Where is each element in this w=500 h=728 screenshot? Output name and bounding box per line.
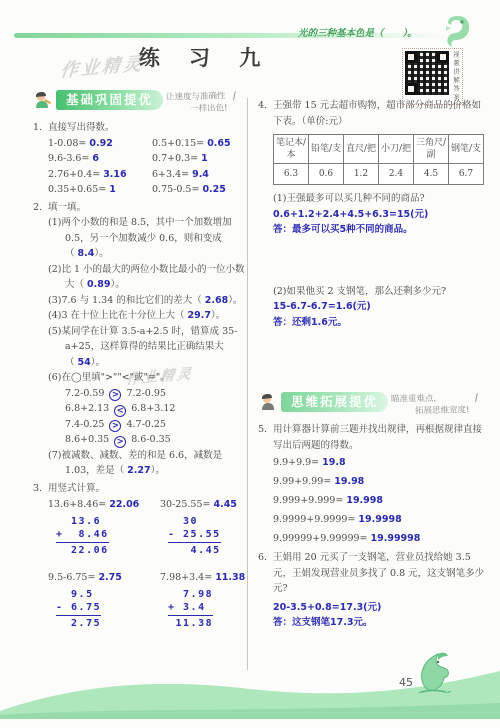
equation: 30-25.55=4.45: [160, 497, 247, 513]
table-header: 钢笔/支: [449, 135, 484, 164]
comparison: 7.4-0.25>4.7-0.25: [48, 417, 247, 433]
equation-text: 7.98+3.4=: [160, 572, 212, 583]
left-column: 基础巩固提优 让速度与准确性 一样出色! 1. 直接写出得数。 1-0.08=0…: [33, 90, 247, 631]
sub-question: (2)如果他买 2 支钢笔，那么还剩多少元?: [273, 284, 488, 300]
equation-text: 30-25.55=: [160, 499, 210, 510]
vertical-calc: 13.6+8.46=22.06 13.6+ 8.46 22.06: [48, 497, 160, 558]
question-number: 6.: [258, 550, 273, 631]
handwritten-answer: 0.65: [207, 138, 230, 149]
handwritten-answer: 11.38: [215, 572, 245, 583]
equation-text: 0.7+0.3=: [152, 153, 198, 164]
section-badge-basic: 基础巩固提优: [56, 90, 163, 110]
calc-bottom: + 3.4: [168, 601, 213, 616]
question-title: 直接写出得数。: [48, 120, 247, 136]
handwritten-answer: 2.75: [98, 572, 121, 583]
question-3: 3. 用竖式计算。 13.6+8.46=22.06 13.6+ 8.46 22.…: [33, 481, 247, 632]
fill-item-title: (6)在◯里填">""<"或"="。: [48, 370, 247, 386]
question-text: 王强带 15 元去超市购物，超市部分商品的价格如下表。（单价:元）: [273, 98, 488, 129]
equation-text: 13.6+8.46=: [48, 499, 106, 510]
handwritten-work: 0.6+1.2+2.4+4.5+6.3=15(元): [273, 207, 488, 223]
comparison-left: 6.8+2.13: [65, 403, 109, 414]
equation-text: 2.76+0.4=: [48, 169, 100, 180]
table-row: 6.3 0.6 1.2 2.4 4.5 6.7: [274, 164, 484, 185]
fill-item: (2)比 1 小的最大的两位小数比最小的一位小数大（0.89）。: [48, 262, 247, 293]
fill-text: (5)某同学在计算 3.5-a+2.5 时，错算成 35-a+25，这样算得的结…: [48, 326, 237, 368]
equation: 1-0.08=0.92: [48, 136, 152, 152]
fill-item: (1)两个小数的和是 8.5，其中一个加数增加 0.5，另一个加数减少 0.6，…: [48, 215, 247, 262]
equation: 9.5-6.75=2.75: [48, 570, 160, 586]
equation-text: 0.75-0.5=: [152, 184, 199, 195]
table-header-row: 笔记本/本 铅笔/支 直尺/把 小刀/把 三角尺/副 钢笔/支: [274, 135, 484, 164]
equation-text: 9.9+9.9=: [273, 457, 319, 468]
equation-text: 9.999+9.999=: [273, 495, 343, 506]
fill-text: ）。: [110, 279, 124, 290]
equation-text: 0.35+0.65=: [48, 184, 106, 195]
calc-result: 22.06: [56, 543, 109, 557]
column-work: 7.98+ 3.4 11.38: [168, 588, 213, 630]
calc-top: 30: [168, 515, 221, 528]
calc-top: 9.5: [56, 588, 101, 601]
equation: 9.9999+9.9999=19.9998: [273, 510, 488, 529]
calc-top: 7.98: [168, 588, 213, 601]
equation: 9.99+9.99=19.98: [273, 472, 488, 491]
table-header: 三角尺/副: [414, 135, 449, 164]
vertical-calc: 7.98+3.4=11.38 7.98+ 3.4 11.38: [160, 570, 247, 631]
student-mascot-icon: [33, 90, 53, 110]
fill-item: (3)7.6 与 1.34 的和比它们的差大（2.68）。: [48, 293, 247, 309]
handwritten-answer: 19.99998: [371, 533, 421, 544]
question-6: 6. 王娟用 20 元买了一支钢笔，营业员找给她 3.5 元，王娟发现营业员多找…: [258, 550, 488, 631]
comparison-right: 6.8+3.12: [131, 403, 175, 414]
handwritten-answer: 19.9998: [358, 514, 401, 525]
handwritten-answer-circle: >: [114, 436, 126, 448]
price-table: 笔记本/本 铅笔/支 直尺/把 小刀/把 三角尺/副 钢笔/支 6.3 0.6 …: [273, 134, 484, 185]
handwritten-answer: 22.06: [109, 499, 139, 510]
handwritten-answer: 1: [201, 153, 208, 164]
calc-bottom: - 25.55: [168, 528, 221, 543]
note-line: 让速度与准确性: [166, 90, 228, 103]
handwritten-answer: 8.4: [78, 248, 95, 259]
note-flourish: [475, 393, 478, 402]
calc-result: 4.45: [168, 543, 221, 557]
vertical-calc: 30-25.55=4.45 30- 25.55 4.45: [160, 497, 247, 558]
workbook-page: 光的三种基本色是（ ）。 练 习 九 视频讲解答案 作业精灵 作业精灵 基础巩固…: [0, 0, 500, 728]
handwritten-answer: 54: [78, 357, 91, 368]
equation-text: 9.99999+9.99999=: [273, 533, 368, 544]
fill-text: ）。: [91, 357, 105, 368]
handwritten-answer: 0.89: [87, 279, 110, 290]
equation: 9.6-3.6=6: [48, 151, 152, 167]
question-number: 1.: [33, 120, 48, 198]
handwritten-answer: 2.27: [127, 465, 150, 476]
question-4: 4. 王强带 15 元去超市购物，超市部分商品的价格如下表。（单价:元） 笔记本…: [258, 98, 488, 392]
handwritten-answer: 0.25: [202, 184, 225, 195]
equation-text: 9.6-3.6=: [48, 153, 89, 164]
comparison-left: 7.4-0.25: [65, 419, 104, 430]
student-mascot-icon: [258, 392, 278, 412]
question-number: 4.: [258, 98, 273, 392]
vertical-calc: 9.5-6.75=2.75 9.5- 6.75 2.75: [48, 570, 160, 631]
section-basic-header: 基础巩固提优 让速度与准确性 一样出色!: [33, 90, 247, 116]
comparison: 6.8+2.13<6.8+3.12: [48, 401, 247, 417]
table-cell: 2.4: [379, 164, 414, 185]
fill-item: (7)被减数、减数、差的和是 6.6，减数是 1.03，差是（2.27）。: [48, 448, 247, 479]
table-header: 笔记本/本: [274, 135, 309, 164]
handwritten-answer: 19.8: [322, 457, 345, 468]
comparison: 7.2-0.59>7.2-0.95: [48, 386, 247, 402]
equation: 9.9+9.9=19.8: [273, 453, 488, 472]
calc-bottom: + 8.46: [56, 528, 109, 543]
section-note: 瞄准重难点， 拓展思维宽度!: [391, 391, 470, 417]
handwritten-answer-line: 答：最多可以买5种不同的商品。: [273, 222, 488, 238]
fill-text: ）。: [228, 295, 242, 306]
equation-text: 9.99+9.99=: [273, 476, 331, 487]
table-cell: 0.6: [309, 164, 344, 185]
sub-question: (1)王强最多可以买几种不同的商品?: [273, 191, 488, 207]
fill-item: (5)某同学在计算 3.5-a+2.5 时，错算成 35-a+25，这样算得的结…: [48, 324, 247, 371]
note-line: 一样出色!: [166, 102, 228, 115]
equation-text: 0.5+0.15=: [152, 138, 204, 149]
note-flourish: [233, 91, 236, 100]
page-number: 45: [399, 675, 413, 691]
section-think-header: 思维拓展提优 瞄准重难点， 拓展思维宽度!: [258, 392, 488, 418]
calc-result: 11.38: [168, 616, 213, 630]
handwritten-answer: 9.4: [192, 169, 209, 180]
equation: 7.98+3.4=11.38: [160, 570, 247, 586]
table-header: 直尺/把: [344, 135, 379, 164]
equation: 0.7+0.3=1: [152, 151, 247, 167]
table-header: 小刀/把: [379, 135, 414, 164]
fill-text: ）。: [94, 248, 108, 259]
equation: 13.6+8.46=22.06: [48, 497, 160, 513]
handwritten-answer: 19.98: [334, 476, 364, 487]
handwritten-answer-line: 答：这支钢笔17.3元。: [273, 615, 488, 631]
calc-bottom: - 6.75: [56, 601, 101, 616]
equation: 0.5+0.15=0.65: [152, 136, 247, 152]
handwritten-answer: 3.16: [103, 169, 126, 180]
handwritten-answer-circle: <: [114, 405, 126, 417]
handwritten-work: 20-3.5+0.8=17.3(元): [273, 600, 488, 616]
handwritten-answer: 4.45: [213, 499, 236, 510]
column-divider: [247, 98, 248, 670]
handwritten-answer-circle: >: [109, 389, 121, 401]
fill-text: (4)3 在十位上比在十分位上大（: [48, 310, 185, 321]
handwritten-answer-line: 答：还剩1.6元。: [273, 315, 488, 331]
column-work: 13.6+ 8.46 22.06: [56, 515, 109, 557]
equation: 0.75-0.5=0.25: [152, 182, 247, 198]
table-cell: 6.3: [274, 164, 309, 185]
equation-text: 6+3.4=: [152, 169, 189, 180]
question-number: 5.: [258, 422, 273, 548]
question-text: 王娟用 20 元买了一支钢笔，营业员找给她 3.5 元，王娟发现营业员多找了 0…: [273, 550, 488, 597]
question-title: 用竖式计算。: [48, 481, 247, 497]
note-line: 拓展思维宽度!: [391, 404, 470, 417]
fill-item: (4)3 在十位上比在十分位上大（29.7）。: [48, 308, 247, 324]
watermark: 作业精灵: [59, 56, 144, 79]
fill-text: (3)7.6 与 1.34 的和比它们的差大（: [48, 295, 202, 306]
comparison-right: 8.6-0.35: [131, 434, 170, 445]
qr-finder-icon: [405, 51, 417, 63]
comparison-right: 4.7-0.25: [126, 419, 165, 430]
question-text: 用计算器计算前三题并找出规律，再根据规律直接写出后两题的得数。: [273, 422, 488, 453]
comparison: 8.6+0.35>8.6-0.35: [48, 432, 247, 448]
workspace-gap: [273, 330, 488, 392]
equation-grid: 1-0.08=0.92 0.5+0.15=0.65 9.6-3.6=6 0.7+…: [48, 136, 247, 198]
qr-caption: 视频讲解答案: [452, 51, 460, 102]
seahorse-mascot-icon: [440, 12, 474, 50]
comparison-left: 7.2-0.59: [65, 388, 104, 399]
fill-text: ）。: [151, 465, 165, 476]
qr-finder-icon: [405, 83, 417, 95]
table-cell: 4.5: [414, 164, 449, 185]
calc-top: 13.6: [56, 515, 109, 528]
equation: 9.99999+9.99999=19.99998: [273, 529, 488, 548]
section-badge-think: 思维拓展提优: [281, 392, 388, 412]
qr-finder-icon: [437, 51, 449, 63]
column-work: 30- 25.55 4.45: [168, 515, 221, 557]
equation-text: 9.5-6.75=: [48, 572, 95, 583]
handwritten-answer-circle: >: [109, 420, 121, 432]
handwritten-answer: 29.7: [188, 310, 211, 321]
handwritten-answer: 19.998: [346, 495, 383, 506]
calc-result: 2.75: [56, 616, 101, 630]
right-column: 4. 王强带 15 元去超市购物，超市部分商品的价格如下表。（单价:元） 笔记本…: [258, 96, 488, 631]
column-work: 9.5- 6.75 2.75: [56, 588, 101, 630]
equation-text: 9.9999+9.9999=: [273, 514, 355, 525]
handwritten-work: 15-6.7-6.7=1.6(元): [273, 299, 488, 315]
handwritten-answer: 1: [109, 184, 116, 195]
header-question: 光的三种基本色是（ ）。: [298, 26, 448, 42]
fill-text: ）。: [211, 310, 225, 321]
fill-text: (1)两个小数的和是 8.5，其中一个加数增加 0.5，另一个加数减少 0.6，…: [48, 217, 232, 259]
vertical-calc-grid: 13.6+8.46=22.06 13.6+ 8.46 22.06 30-25.5…: [48, 497, 247, 631]
table-header: 铅笔/支: [309, 135, 344, 164]
fill-text: (2)比 1 小的最大的两位小数比最小的一位小数大（: [48, 264, 245, 291]
handwritten-answer: 2.68: [205, 295, 228, 306]
question-1: 1. 直接写出得数。 1-0.08=0.92 0.5+0.15=0.65 9.6…: [33, 120, 247, 198]
handwritten-answer: 0.92: [89, 138, 112, 149]
equation: 0.35+0.65=1: [48, 182, 152, 198]
workspace-gap: [273, 238, 488, 284]
table-cell: 1.2: [344, 164, 379, 185]
dolphin-mascot-icon: [414, 648, 454, 696]
question-number: 3.: [33, 481, 48, 632]
question-title: 填一填。: [48, 200, 247, 216]
equation: 9.999+9.999=19.998: [273, 491, 488, 510]
table-cell: 6.7: [449, 164, 484, 185]
comparison-right: 7.2-0.95: [126, 388, 165, 399]
handwritten-answer: 6: [92, 153, 99, 164]
equation-text: 1-0.08=: [48, 138, 86, 149]
equation: 6+3.4=9.4: [152, 167, 247, 183]
comparison-left: 8.6+0.35: [65, 434, 109, 445]
question-number: 2.: [33, 200, 48, 479]
section-note: 让速度与准确性 一样出色!: [166, 89, 228, 115]
question-2: 2. 填一填。 (1)两个小数的和是 8.5，其中一个加数增加 0.5，另一个加…: [33, 200, 247, 479]
qr-code: [405, 51, 449, 95]
equation: 2.76+0.4=3.16: [48, 167, 152, 183]
question-5: 5. 用计算器计算前三题并找出规律，再根据规律直接写出后两题的得数。 9.9+9…: [258, 422, 488, 548]
